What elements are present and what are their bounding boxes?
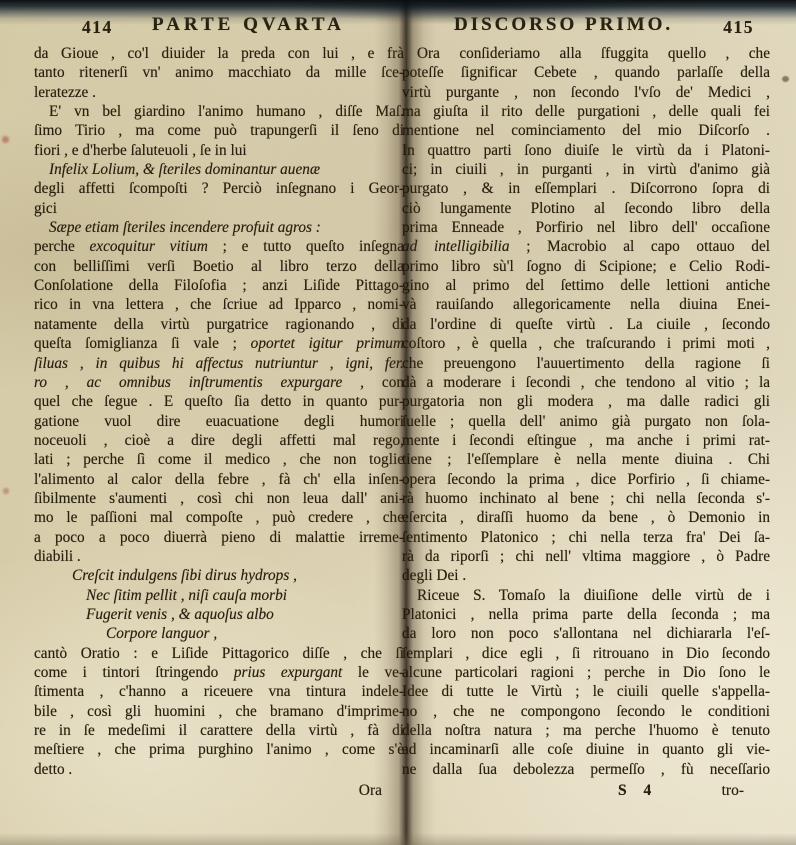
page-text-right: Ora conſideriamo alla ſfuggita quello , … [402,44,770,779]
text-line: ſimo Tirio , ma come può trapungerſi il … [34,121,404,140]
text-line: degli Dei . [402,566,770,585]
text-line: no , che ne compongono ſecondo le condit… [402,702,770,721]
text-line: ſtimenta , c'hanno a riceuere vna tintur… [34,682,404,701]
text-line: tanto ritenerſi vn' animo macchiato da m… [34,63,404,82]
text-line: Fugerit venis , & aquoſus albo [34,605,404,624]
text-line: mentione nel cominciamento del mio Diſco… [402,121,770,140]
text-line: prima Enneade , Porfirio nel libro dell'… [402,218,770,237]
text-line: ma giuſta il rito delle purgationi , del… [402,102,770,121]
text-line: a poco a poco diuerrà pieno di malattie … [34,528,404,547]
page-text-left: da Gioue , co'l diuider la preda con lui… [34,44,404,779]
text-line: ciò lungamente Plotino al ſecondo libro … [402,199,770,218]
text-line: virtù purgante , non ſecondo l'vſo de' M… [402,83,770,102]
page-bottom-edge-shadow [0,833,796,845]
text-line: da loro non poco s'allontana nel dichiar… [402,624,770,643]
text-line: và rauiſando allegoricamente nella diuin… [402,295,770,314]
text-line: mente i ſecondi eſtingue , ma anche i pr… [402,431,770,450]
text-line: natamente della virtù purgatrice ragiona… [34,315,404,334]
left-page: 414 PARTE QVARTA da Gioue , co'l diuider… [34,14,404,802]
running-title-right: DISCORSO PRIMO. [454,14,673,36]
text-line: dà a moderare i ſecondi , che tendono al… [402,373,770,392]
page-number-left: 414 [82,17,113,38]
text-line: opera ſecondo la prima , dice Porfirio ,… [402,470,770,489]
book-spread: 414 PARTE QVARTA da Gioue , co'l diuider… [0,0,796,845]
text-line: leratezze . [34,83,404,102]
page-number-right: 415 [723,17,754,38]
text-line: ad intelligibilia ; Macrobio al capo ott… [402,237,770,256]
text-line: cantò Oratio : e Liſide Pittagorico diſſ… [34,644,404,663]
text-line: da Gioue , co'l diuider la preda con lui… [34,44,404,63]
text-line: ci; in ciuili , in purganti , in virtù d… [402,160,770,179]
text-line: ſiluas , in quibus hi affectus nutriuntu… [34,354,404,373]
running-title-left: PARTE QVARTA [152,14,345,36]
text-line: perche excoquitur vitium ; e tutto queſt… [34,237,404,256]
text-line: gici [34,199,404,218]
text-line: purgato , & in eſſemplari . Diſcorrono ſ… [402,179,770,198]
text-line: ſuelle ; quella dell' animo già purgato … [402,412,770,431]
text-line: noceuoli , cioè a dire degli affetti mal… [34,431,404,450]
text-line: quel che ſegue . E queſto ſia detto in q… [34,392,404,411]
text-line: della noſtra natura ; ma perche l'huomo … [402,721,770,740]
text-line: mo le paſſioni mal compoſte , può creder… [34,508,404,527]
text-line: Nec ſitim pellit , niſi cauſa morbi [34,586,404,605]
text-line: Platonici , nella prima parte della ſeco… [402,605,770,624]
text-line: degli affetti ſcompoſti ? Perciò inſegna… [34,179,404,198]
ink-fleck [2,136,9,143]
text-line: come i tintori ſtringendo prius expurgan… [34,663,404,682]
text-line: rà huomo inchinato al bene ; chi nella ſ… [402,489,770,508]
text-line: eſercita , diraſſi huomo da bene , ò Dem… [402,508,770,527]
text-line: bile , così gli huomini , che bramano d'… [34,702,404,721]
text-line: gino al primo del ſettimo delle lettioni… [402,276,770,295]
text-line: diabili . [34,547,404,566]
text-line: che preuengono l'auuertimento della ragi… [402,354,770,373]
text-line: ad incaminarſi alle coſe diuine in quant… [402,740,770,759]
text-line: Corpore languor , [34,624,404,643]
catchword-left: Ora [359,782,382,800]
text-line: Idee di tutte le Virtù ; le ciuili quell… [402,682,770,701]
text-line: tiene ; l'eſſemplare è nella mente diuin… [402,450,770,469]
text-line: Sæpe etiam ſteriles incendere profuit ag… [34,218,404,237]
text-line: rà da riporſi ; chi nell' vltima maggior… [402,547,770,566]
text-line: da l'ordine di queſte virtù . La ciuile … [402,315,770,334]
catchword-right: tro- [722,782,744,800]
text-line: meſtiere , che prima purghino l'animo , … [34,740,404,759]
left-page-header: 414 PARTE QVARTA [34,14,404,42]
text-line: con belliſſimi verſi Boetio al libro ter… [34,257,404,276]
right-page-footer: S 4 tro- [402,780,770,802]
text-line: ne dalla ſua debolezza permeſſo , fù nec… [402,760,770,779]
right-page: DISCORSO PRIMO. 415 Ora conſideriamo all… [402,14,770,802]
text-line: ſentimento Platonico ; chi nella terza f… [402,528,770,547]
text-line: Creſcit indulgens ſibi dirus hydrops , [34,566,404,585]
right-page-header: DISCORSO PRIMO. 415 [402,14,770,42]
text-line: Conſolatione della Filoſofia ; anzi Liſi… [34,276,404,295]
text-line: fiori , e d'herbe ſaluteuoli , ſe in lui [34,141,404,160]
left-page-footer: Ora [34,780,404,802]
text-line: rico in vna lettera , che ſcriue ad Ippa… [34,295,404,314]
text-line: alcune particolari ragioni ; perche in D… [402,663,770,682]
text-line: gatione vuol dire euacuatione degli humo… [34,412,404,431]
text-line: purgatoria non gli modera , ma dalle rad… [402,392,770,411]
text-line: Ora conſideriamo alla ſfuggita quello , … [402,44,770,63]
text-line: coſtoro , è quella , che traſcurando i p… [402,334,770,353]
ink-fleck [782,76,789,82]
ink-fleck [3,488,9,494]
text-line: primo libro sù'l ſogno di Scipione; e Ce… [402,257,770,276]
text-line: queſta ſomiglianza ſi vale ; oportet igi… [34,334,404,353]
text-line: detto . [34,760,404,779]
text-line: ſibilmente s'aumenti , così chi non leua… [34,489,404,508]
text-line: In quattro parti ſono diuiſe le virtù da… [402,141,770,160]
text-line: Infelix Lolium, & ſteriles dominantur au… [34,160,404,179]
text-line: ſemplari , dice egli , ſi ritrouano in D… [402,644,770,663]
text-line: poteſſe ſignificar Cebete , quando parla… [402,63,770,82]
signature-mark: S 4 [618,782,651,800]
text-line: E' vn bel giardino l'animo humano , diſſ… [34,102,404,121]
text-line: re in ſe medeſimi il carattere della vir… [34,721,404,740]
text-line: l'alimento al calor della febre , fà ch'… [34,470,404,489]
text-line: lati ; perche ſì come il medico , che no… [34,450,404,469]
text-line: ro , ac omnibus inſtrumentis expurgare ,… [34,373,404,392]
text-line: Riceue S. Tomaſo la diuiſione delle virt… [402,586,770,605]
